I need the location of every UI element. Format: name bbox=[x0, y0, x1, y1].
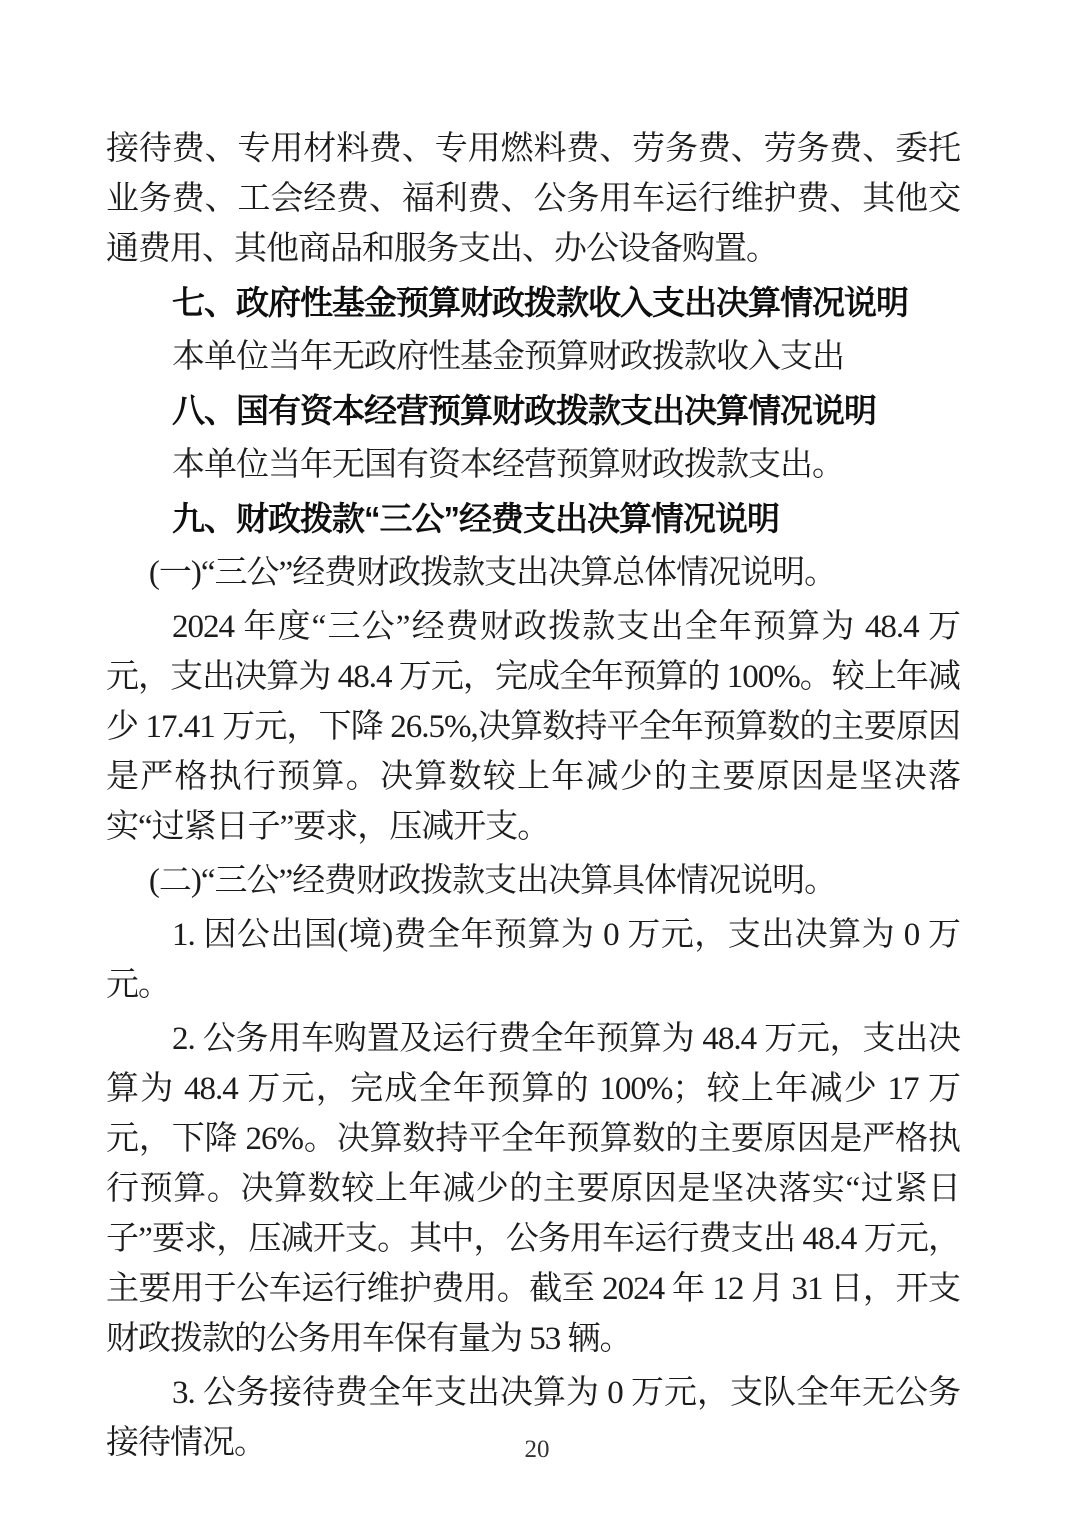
paragraph: 本单位当年无国有资本经营预算财政拨款支出。 bbox=[106, 440, 960, 490]
section-heading: 九、财政拨款“三公”经费支出决算情况说明 bbox=[106, 494, 960, 544]
subsection-heading: (二)“三公”经费财政拨款支出决算具体情况说明。 bbox=[106, 856, 960, 906]
paragraph: 2. 公务用车购置及运行费全年预算为 48.4 万元，支出决算为 48.4 万元… bbox=[106, 1014, 960, 1364]
page-number: 20 bbox=[0, 1436, 1074, 1464]
document-body: 接待费、专用材料费、专用燃料费、劳务费、劳务费、委托业务费、工会经费、福利费、公… bbox=[106, 124, 960, 1472]
paragraph: 接待费、专用材料费、专用燃料费、劳务费、劳务费、委托业务费、工会经费、福利费、公… bbox=[106, 124, 960, 274]
document-page: 接待费、专用材料费、专用燃料费、劳务费、劳务费、委托业务费、工会经费、福利费、公… bbox=[0, 0, 1074, 1520]
section-heading: 八、国有资本经营预算财政拨款支出决算情况说明 bbox=[106, 386, 960, 436]
paragraph: 1. 因公出国(境)费全年预算为 0 万元，支出决算为 0 万元。 bbox=[106, 910, 960, 1010]
subsection-heading: (一)“三公”经费财政拨款支出决算总体情况说明。 bbox=[106, 548, 960, 598]
paragraph: 本单位当年无政府性基金预算财政拨款收入支出 bbox=[106, 332, 960, 382]
section-heading: 七、政府性基金预算财政拨款收入支出决算情况说明 bbox=[106, 278, 960, 328]
paragraph: 2024 年度“三公”经费财政拨款支出全年预算为 48.4 万元，支出决算为 4… bbox=[106, 602, 960, 852]
